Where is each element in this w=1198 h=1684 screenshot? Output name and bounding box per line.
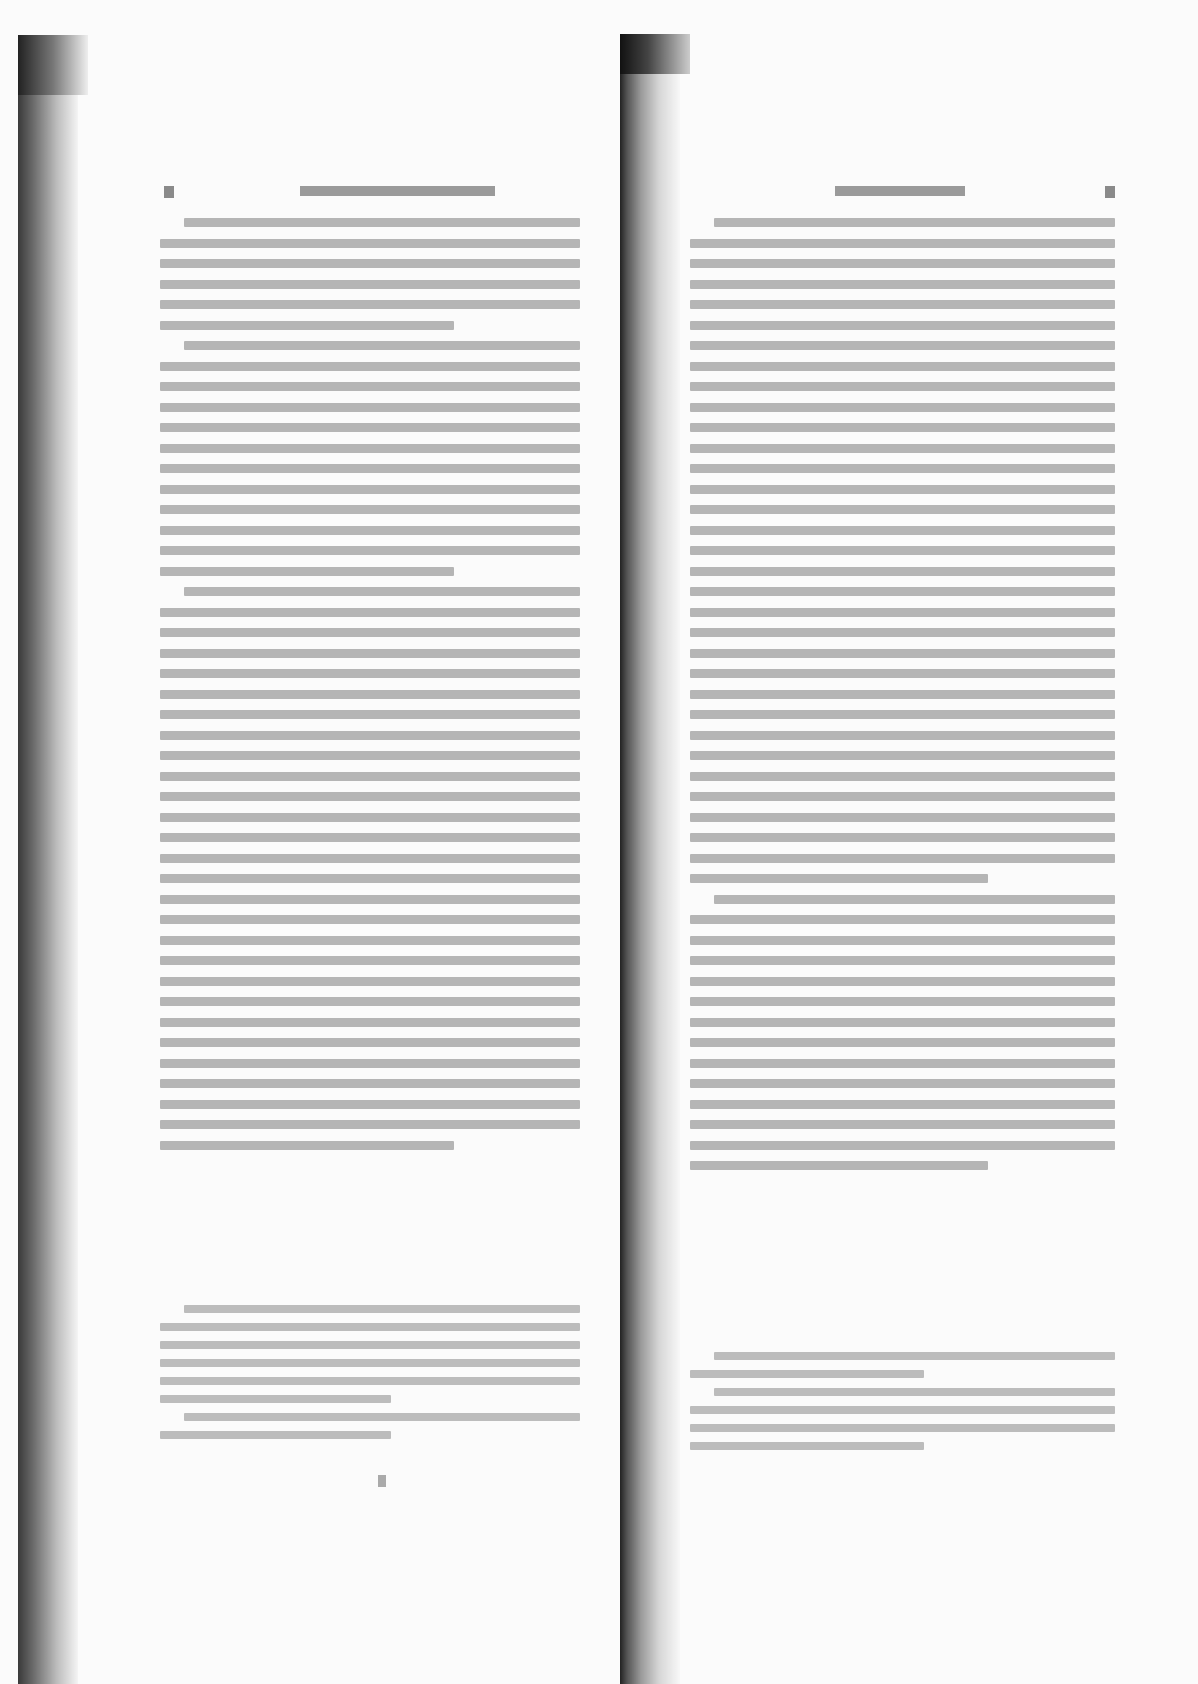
text-line <box>714 1388 1115 1396</box>
text-line <box>690 1100 1115 1109</box>
text-line <box>160 772 580 781</box>
text-line <box>690 505 1115 514</box>
left-footnotes <box>160 1305 580 1449</box>
text-line <box>160 956 580 965</box>
text-line <box>690 669 1115 678</box>
text-line <box>160 731 580 740</box>
text-line <box>690 833 1115 842</box>
left-page-number <box>164 186 174 198</box>
text-line <box>160 813 580 822</box>
text-line <box>690 690 1115 699</box>
left-running-head <box>160 180 580 204</box>
book-gutter-shadow-top <box>620 34 690 74</box>
text-line <box>160 997 580 1006</box>
text-line <box>690 1406 1115 1414</box>
text-line <box>690 854 1115 863</box>
text-line <box>160 1038 580 1047</box>
text-line <box>690 382 1115 391</box>
right-running-title <box>835 186 965 196</box>
text-line <box>690 1079 1115 1088</box>
text-line <box>184 218 580 227</box>
text-line <box>690 423 1115 432</box>
text-line <box>160 669 580 678</box>
right-running-head <box>690 180 1115 204</box>
text-line <box>690 341 1115 350</box>
text-line <box>160 628 580 637</box>
text-line <box>690 936 1115 945</box>
text-line <box>690 1424 1115 1432</box>
text-line <box>184 1413 580 1421</box>
text-line <box>160 690 580 699</box>
text-line <box>160 936 580 945</box>
text-line <box>184 1305 580 1313</box>
text-line <box>690 587 1115 596</box>
left-page-edge-shadow <box>18 40 78 1684</box>
text-line <box>690 1161 988 1170</box>
text-line <box>690 1038 1115 1047</box>
text-line <box>714 1352 1115 1360</box>
text-line <box>714 218 1115 227</box>
text-line <box>160 977 580 986</box>
text-line <box>160 915 580 924</box>
text-line <box>690 239 1115 248</box>
text-line <box>160 649 580 658</box>
text-line <box>160 300 580 309</box>
text-line <box>160 608 580 617</box>
text-line <box>690 874 988 883</box>
text-line <box>160 710 580 719</box>
text-line <box>690 567 1115 576</box>
text-line <box>160 1120 580 1129</box>
left-page-edge-shadow-top <box>18 35 88 95</box>
text-line <box>690 813 1115 822</box>
text-line <box>160 526 580 535</box>
text-line <box>690 731 1115 740</box>
text-line <box>160 444 580 453</box>
text-line <box>160 751 580 760</box>
right-page <box>690 180 1115 1182</box>
text-line <box>690 526 1115 535</box>
text-line <box>160 1395 391 1403</box>
text-line <box>160 239 580 248</box>
left-body-text <box>160 218 580 1150</box>
left-bottom-page-marker <box>378 1475 386 1487</box>
text-line <box>184 341 580 350</box>
text-line <box>160 1377 580 1385</box>
left-page <box>160 180 580 1161</box>
text-line <box>690 300 1115 309</box>
text-line <box>690 444 1115 453</box>
right-page-number <box>1105 186 1115 198</box>
text-line <box>690 608 1115 617</box>
text-line <box>160 1359 580 1367</box>
text-line <box>690 1370 924 1378</box>
text-line <box>160 1079 580 1088</box>
text-line <box>690 321 1115 330</box>
text-line <box>690 915 1115 924</box>
text-line <box>690 1059 1115 1068</box>
text-line <box>160 464 580 473</box>
right-footnotes <box>690 1352 1115 1460</box>
text-line <box>160 1059 580 1068</box>
text-line <box>160 1341 580 1349</box>
text-line <box>160 280 580 289</box>
text-line <box>690 464 1115 473</box>
text-line <box>690 649 1115 658</box>
text-line <box>160 259 580 268</box>
text-line <box>690 956 1115 965</box>
text-line <box>160 382 580 391</box>
text-line <box>690 362 1115 371</box>
text-line <box>690 1120 1115 1129</box>
text-line <box>690 751 1115 760</box>
book-gutter-shadow <box>620 34 680 1684</box>
text-line <box>160 1100 580 1109</box>
text-line <box>160 833 580 842</box>
text-line <box>160 362 580 371</box>
text-line <box>160 423 580 432</box>
text-line <box>160 505 580 514</box>
text-line <box>160 895 580 904</box>
left-running-title <box>300 186 495 196</box>
text-line <box>160 874 580 883</box>
text-line <box>690 772 1115 781</box>
right-body-text <box>690 218 1115 1170</box>
text-line <box>160 403 580 412</box>
text-line <box>690 280 1115 289</box>
text-line <box>690 792 1115 801</box>
text-line <box>160 321 454 330</box>
text-line <box>690 628 1115 637</box>
text-line <box>690 1141 1115 1150</box>
text-line <box>160 1323 580 1331</box>
text-line <box>690 546 1115 555</box>
text-line <box>690 403 1115 412</box>
text-line <box>160 792 580 801</box>
text-line <box>690 259 1115 268</box>
text-line <box>690 1018 1115 1027</box>
text-line <box>160 854 580 863</box>
text-line <box>690 997 1115 1006</box>
text-line <box>160 567 454 576</box>
text-line <box>160 1431 391 1439</box>
text-line <box>690 710 1115 719</box>
text-line <box>160 1141 454 1150</box>
text-line <box>714 895 1115 904</box>
text-line <box>690 1442 924 1450</box>
text-line <box>160 1018 580 1027</box>
text-line <box>690 485 1115 494</box>
text-line <box>690 977 1115 986</box>
text-line <box>184 587 580 596</box>
text-line <box>160 485 580 494</box>
text-line <box>160 546 580 555</box>
